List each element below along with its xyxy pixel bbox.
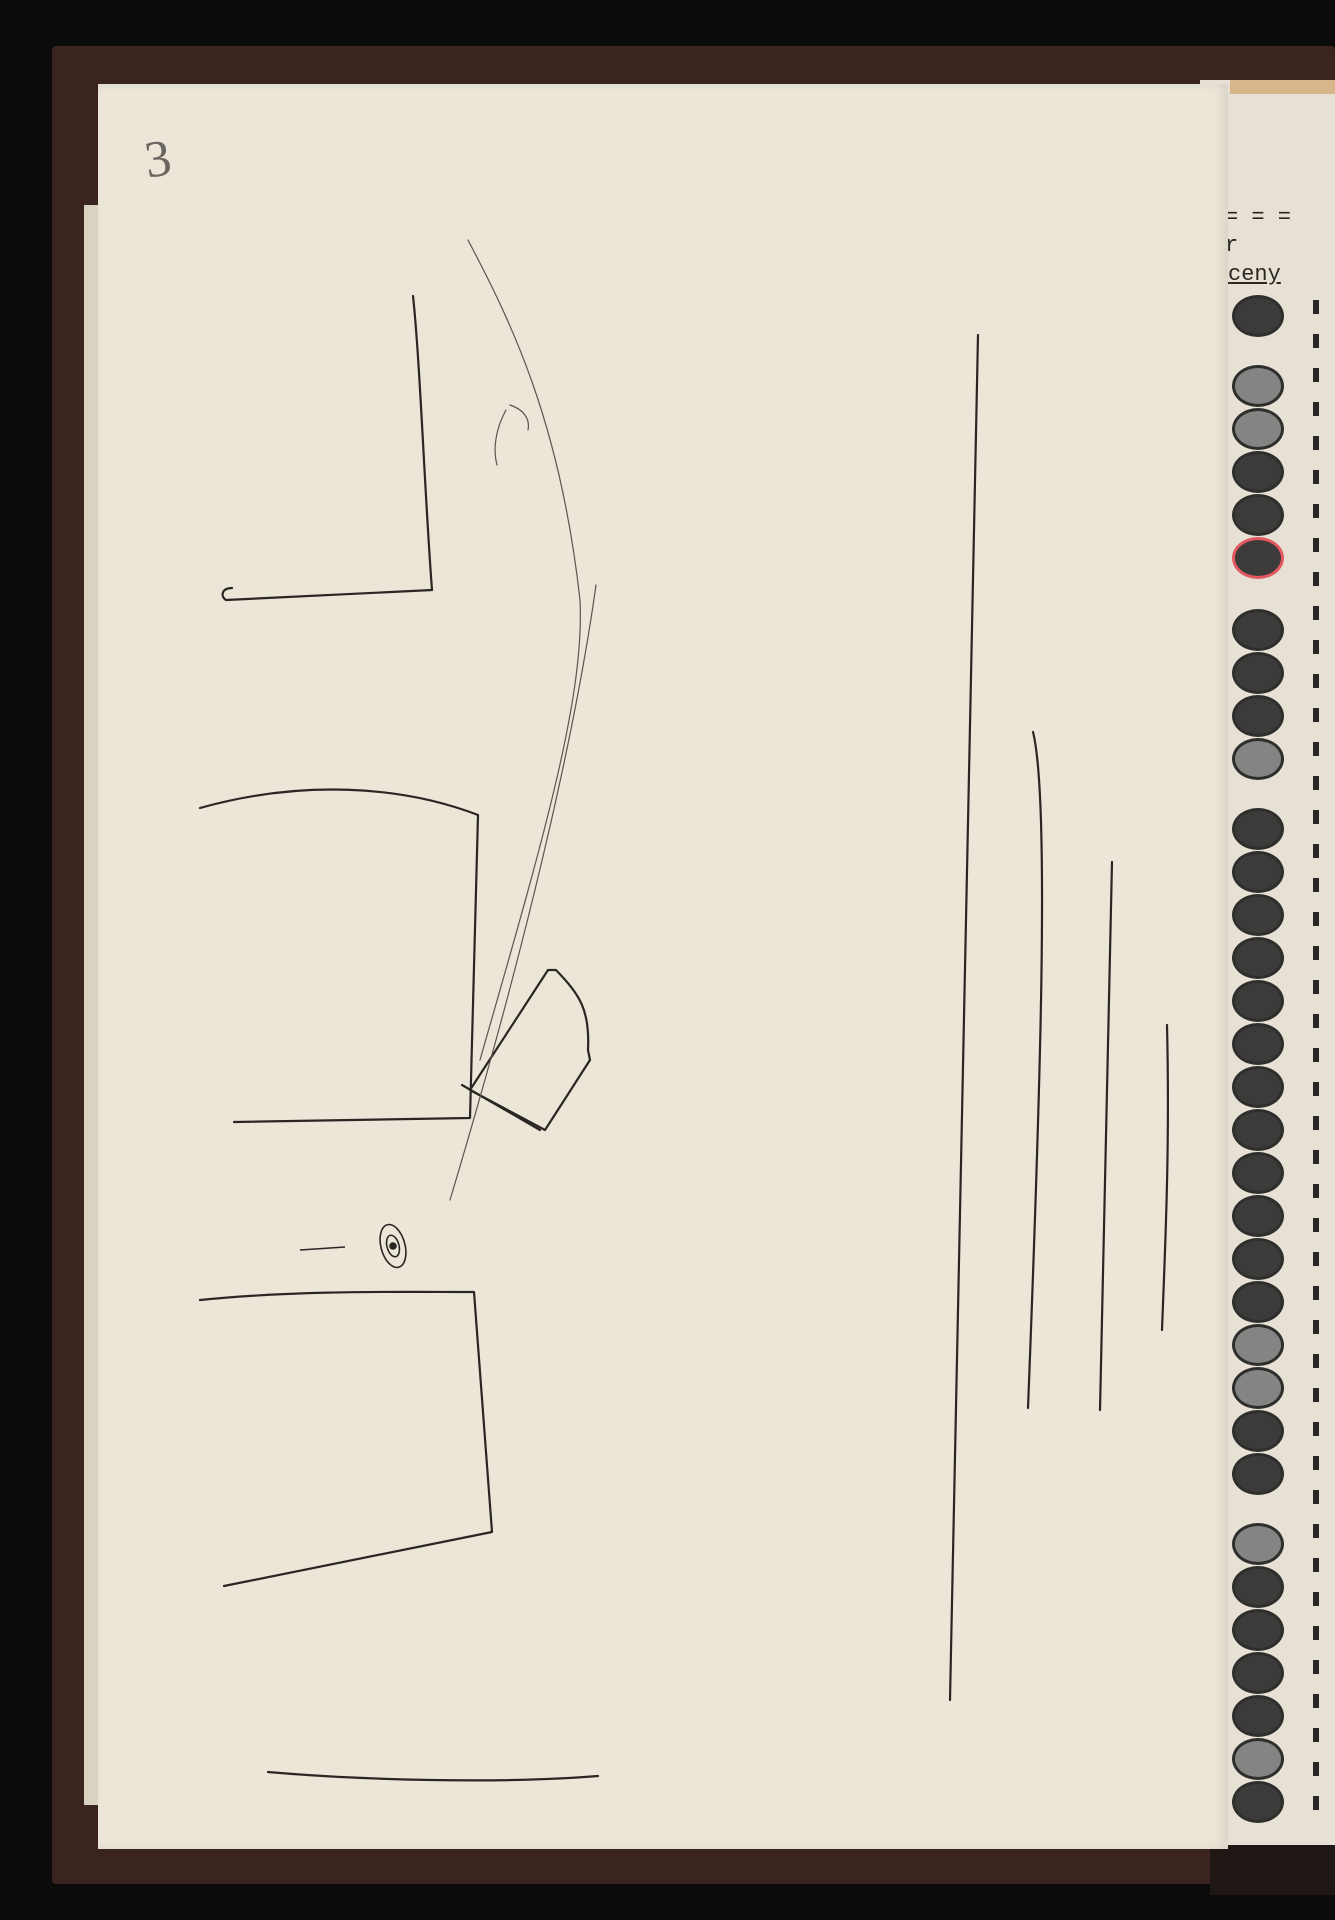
sketch-box-base bbox=[462, 1085, 540, 1130]
sketch-block-1 bbox=[223, 296, 432, 600]
sketch-box-shape bbox=[470, 970, 590, 1130]
faint-arrowhead bbox=[495, 405, 528, 465]
sketch-line-4 bbox=[1162, 1025, 1168, 1330]
sketch-eye-mark bbox=[300, 1222, 410, 1271]
sketch-long-line bbox=[950, 335, 978, 1700]
sketch-line-3 bbox=[1100, 862, 1112, 1410]
sketch-block-2 bbox=[200, 790, 478, 1122]
sketch-baseline bbox=[268, 1772, 598, 1780]
faint-curve-1 bbox=[468, 240, 580, 1060]
sketch-block-3 bbox=[200, 1292, 492, 1586]
sketch-line-2 bbox=[1028, 732, 1042, 1408]
faint-curve-2 bbox=[450, 585, 596, 1200]
pen-sketch bbox=[0, 0, 1335, 1920]
